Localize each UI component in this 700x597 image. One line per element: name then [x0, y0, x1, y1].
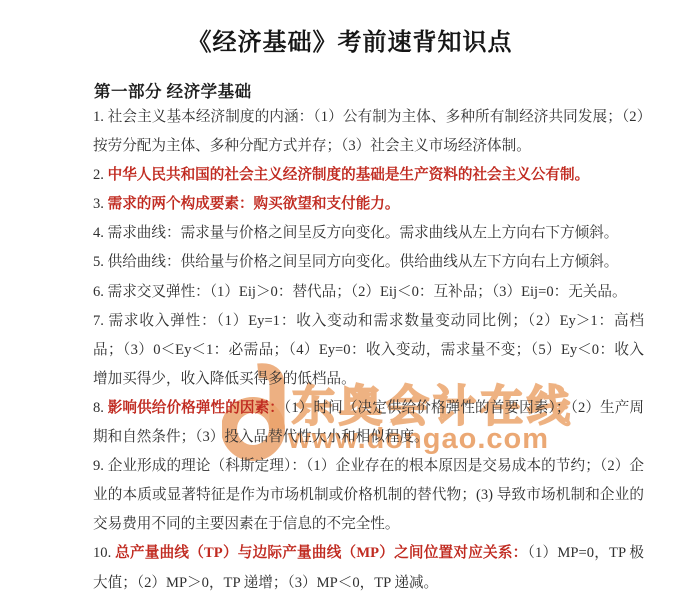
knowledge-item-text: 9. 企业形成的理论（科斯定理）：（1）企业存在的根本原因是交易成本的节约；（2…	[93, 458, 644, 532]
knowledge-item-10: 10. 总产量曲线（TP）与边际产量曲线（MP）之间位置对应关系：（1）MP=0…	[93, 539, 644, 597]
knowledge-item-text: 5. 供给曲线：供给量与价格之间呈同方向变化。供给曲线从左下方向右上方倾斜。	[93, 254, 618, 270]
knowledge-item-text: 需求的两个构成要素：购买欲望和支付能力。	[108, 196, 400, 212]
document-title: 《经济基础》考前速背知识点	[0, 22, 700, 57]
knowledge-item-6: 6. 需求交叉弹性：（1）Eij＞0：替代品；（2）Eij＜0：互补品；（3）E…	[93, 278, 644, 307]
knowledge-item-1: 1. 社会主义基本经济制度的内涵：（1）公有制为主体、多种所有制经济共同发展；（…	[93, 103, 644, 161]
knowledge-item-8: 8. 影响供给价格弹性的因素：（1）时间（决定供给价格弹性的首要因素）；（2）生…	[93, 394, 644, 452]
knowledge-item-4: 4. 需求曲线：需求量与价格之间呈反方向变化。需求曲线从左上方向右下方倾斜。	[93, 219, 644, 248]
document-page: 《经济基础》考前速背知识点 第一部分 经济学基础 1. 社会主义基本经济制度的内…	[0, 0, 700, 597]
knowledge-item-text: 1. 社会主义基本经济制度的内涵：（1）公有制为主体、多种所有制经济共同发展；（…	[93, 109, 644, 154]
knowledge-item-text: 影响供给价格弹性的因素：	[108, 400, 284, 416]
knowledge-item-5: 5. 供给曲线：供给量与价格之间呈同方向变化。供给曲线从左下方向右上方倾斜。	[93, 248, 644, 277]
knowledge-list: 1. 社会主义基本经济制度的内涵：（1）公有制为主体、多种所有制经济共同发展；（…	[93, 103, 644, 597]
knowledge-item-text: 2.	[93, 167, 108, 183]
knowledge-item-text: 7. 需求收入弹性：（1）Ey=1：收入变动和需求数量变动同比例；（2）Ey＞1…	[93, 313, 644, 387]
knowledge-item-7: 7. 需求收入弹性：（1）Ey=1：收入变动和需求数量变动同比例；（2）Ey＞1…	[93, 307, 644, 394]
knowledge-item-text: 3.	[93, 196, 108, 212]
knowledge-item-2: 2. 中华人民共和国的社会主义经济制度的基础是生产资料的社会主义公有制。	[93, 161, 644, 190]
knowledge-item-text: 6. 需求交叉弹性：（1）Eij＞0：替代品；（2）Eij＜0：互补品；（3）E…	[93, 284, 627, 300]
knowledge-item-3: 3. 需求的两个构成要素：购买欲望和支付能力。	[93, 190, 644, 219]
knowledge-item-text: 中华人民共和国的社会主义经济制度的基础是生产资料的社会主义公有制。	[108, 167, 590, 183]
knowledge-item-text: 总产量曲线（TP）与边际产量曲线（MP）之间位置对应关系：	[115, 545, 527, 561]
knowledge-item-text: 4. 需求曲线：需求量与价格之间呈反方向变化。需求曲线从左上方向右下方倾斜。	[93, 225, 618, 241]
knowledge-item-9: 9. 企业形成的理论（科斯定理）：（1）企业存在的根本原因是交易成本的节约；（2…	[93, 452, 644, 539]
knowledge-item-text: 8.	[93, 400, 108, 416]
knowledge-item-text: 10.	[93, 545, 115, 561]
section-heading: 第一部分 经济学基础	[94, 78, 252, 102]
